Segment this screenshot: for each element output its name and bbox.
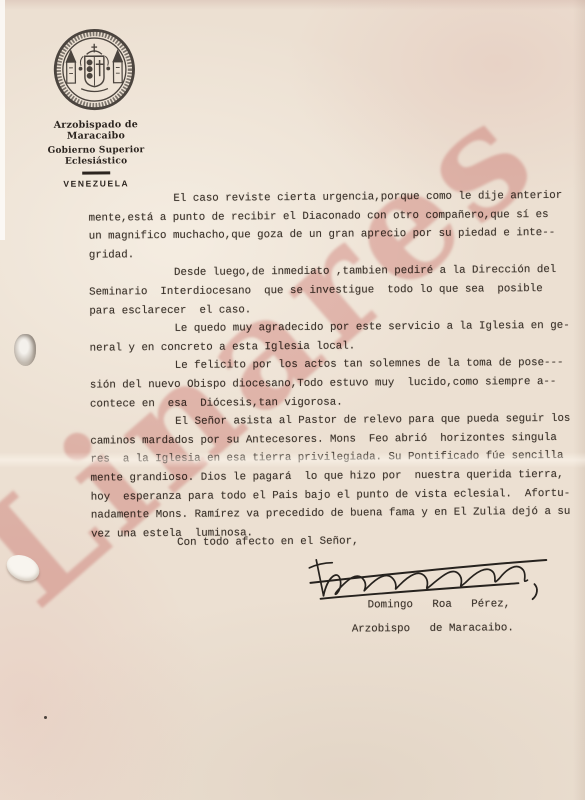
letterhead-country: VENEZUELA [24, 177, 168, 188]
letter-content: Arzobispado de Maracaibo Gobierno Superi… [0, 0, 585, 800]
scan-edge [0, 0, 5, 240]
typed-line: Seminario Interdiocesano que se investig… [89, 280, 577, 302]
ink-speck [44, 716, 47, 719]
letterhead-divider [82, 171, 110, 174]
scanned-letter-page: Arzobispado de Maracaibo Gobierno Superi… [0, 0, 585, 800]
episcopal-seal-icon [51, 27, 138, 112]
typed-line: nadamente Mons. Ramírez va precedido de … [91, 503, 579, 525]
letterhead: Arzobispado de Maracaibo Gobierno Superi… [24, 119, 169, 189]
typed-line: un magnifico muchacho,que goza de un gra… [89, 224, 577, 246]
typed-line: Le quedo muy agradecido por este servici… [89, 317, 577, 339]
signer-name: Domingo Roa Pérez, [368, 598, 511, 611]
paper-crease [0, 452, 585, 468]
letter-body: El caso reviste cierta urgencia,porque c… [88, 187, 579, 544]
valediction: Con todo afecto en el Señor, [177, 535, 359, 548]
letterhead-organization: Arzobispado de Maracaibo [24, 119, 168, 142]
staple-mark [14, 334, 36, 366]
typed-line: sión del nuevo Obispo diocesano,Todo est… [90, 373, 578, 395]
letterhead-department: Gobierno Superior Eclesiástico [24, 145, 168, 168]
signer-title: Arzobispo de Maracaibo. [352, 622, 514, 635]
